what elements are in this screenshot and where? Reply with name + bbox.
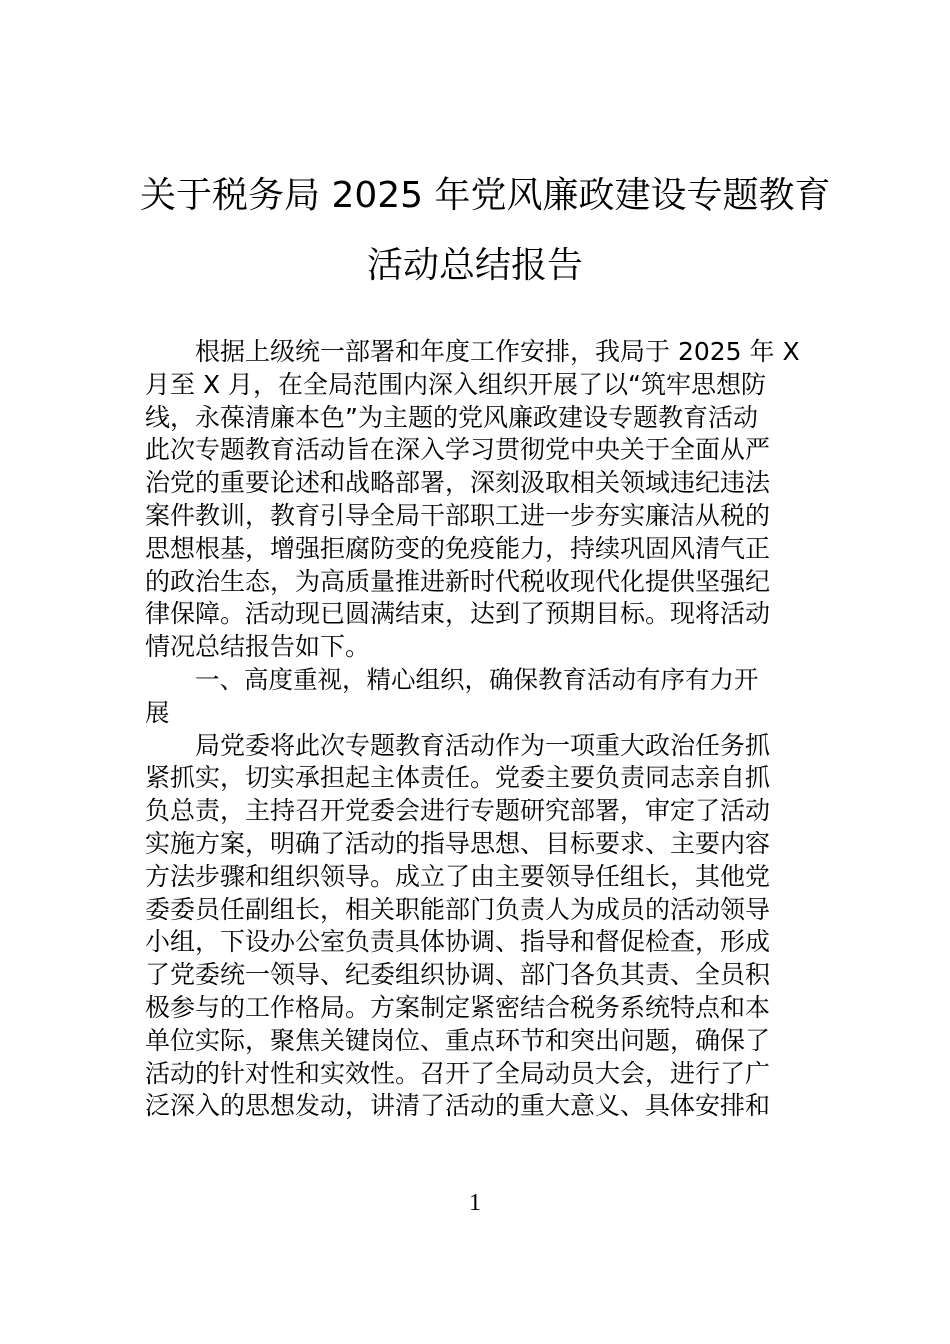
paragraph-line: 负总责，主持召开党委会进行专题研究部署，审定了活动 bbox=[145, 795, 810, 828]
paragraph-line: 方法步骤和组织领导。成立了由主要领导任组长，其他党 bbox=[145, 861, 810, 894]
paragraph-line: 紧抓实，切实承担起主体责任。党委主要负责同志亲自抓 bbox=[145, 762, 810, 795]
document-title-line-2: 活动总结报告 bbox=[140, 248, 810, 284]
paragraph-line: 情况总结报告如下。 bbox=[145, 631, 810, 664]
paragraph-line: 极参与的工作格局。方案制定紧密结合税务系统特点和本 bbox=[145, 992, 810, 1025]
paragraph-line: 泛深入的思想发动，讲清了活动的重大意义、具体安排和 bbox=[145, 1090, 810, 1123]
paragraph-line: 了党委统一领导、纪委组织协调、部门各负其责、全员积 bbox=[145, 959, 810, 992]
paragraph-line: 月至 X 月，在全局范围内深入组织开展了以“筑牢思想防 bbox=[145, 369, 810, 402]
section-heading-line: 一、高度重视，精心组织，确保教育活动有序有力开 bbox=[145, 664, 810, 697]
paragraph-line: 小组，下设办公室负责具体协调、指导和督促检查，形成 bbox=[145, 926, 810, 959]
paragraph-line: 局党委将此次专题教育活动作为一项重大政治任务抓 bbox=[145, 730, 810, 763]
paragraph-line: 此次专题教育活动旨在深入学习贯彻党中央关于全面从严 bbox=[145, 434, 810, 467]
paragraph-line: 根据上级统一部署和年度工作安排，我局于 2025 年 X bbox=[145, 336, 810, 369]
section-heading-line: 展 bbox=[145, 697, 810, 730]
paragraph-line: 案件教训，教育引导全局干部职工进一步夯实廉洁从税的 bbox=[145, 500, 810, 533]
document-title-line-1: 关于税务局 2025 年党风廉政建设专题教育 bbox=[140, 178, 810, 214]
page-number: 1 bbox=[0, 1188, 950, 1218]
paragraph-line: 线，永葆清廉本色”为主题的党风廉政建设专题教育活动 bbox=[145, 402, 810, 435]
paragraph-line: 实施方案，明确了活动的指导思想、目标要求、主要内容 bbox=[145, 828, 810, 861]
paragraph-line: 单位实际，聚焦关键岗位、重点环节和突出问题，确保了 bbox=[145, 1025, 810, 1058]
paragraph-line: 活动的针对性和实效性。召开了全局动员大会，进行了广 bbox=[145, 1058, 810, 1091]
paragraph-line: 思想根基，增强拒腐防变的免疫能力，持续巩固风清气正 bbox=[145, 533, 810, 566]
paragraph-line: 律保障。活动现已圆满结束，达到了预期目标。现将活动 bbox=[145, 598, 810, 631]
paragraph-line: 治党的重要论述和战略部署，深刻汲取相关领域违纪违法 bbox=[145, 467, 810, 500]
paragraph-line: 委委员任副组长，相关职能部门负责人为成员的活动领导 bbox=[145, 894, 810, 927]
document-page: 关于税务局 2025 年党风廉政建设专题教育 活动总结报告 根据上级统一部署和年… bbox=[0, 0, 950, 1344]
paragraph-line: 的政治生态，为高质量推进新时代税收现代化提供坚强纪 bbox=[145, 566, 810, 599]
document-body: 根据上级统一部署和年度工作安排，我局于 2025 年 X月至 X 月，在全局范围… bbox=[145, 336, 810, 1123]
